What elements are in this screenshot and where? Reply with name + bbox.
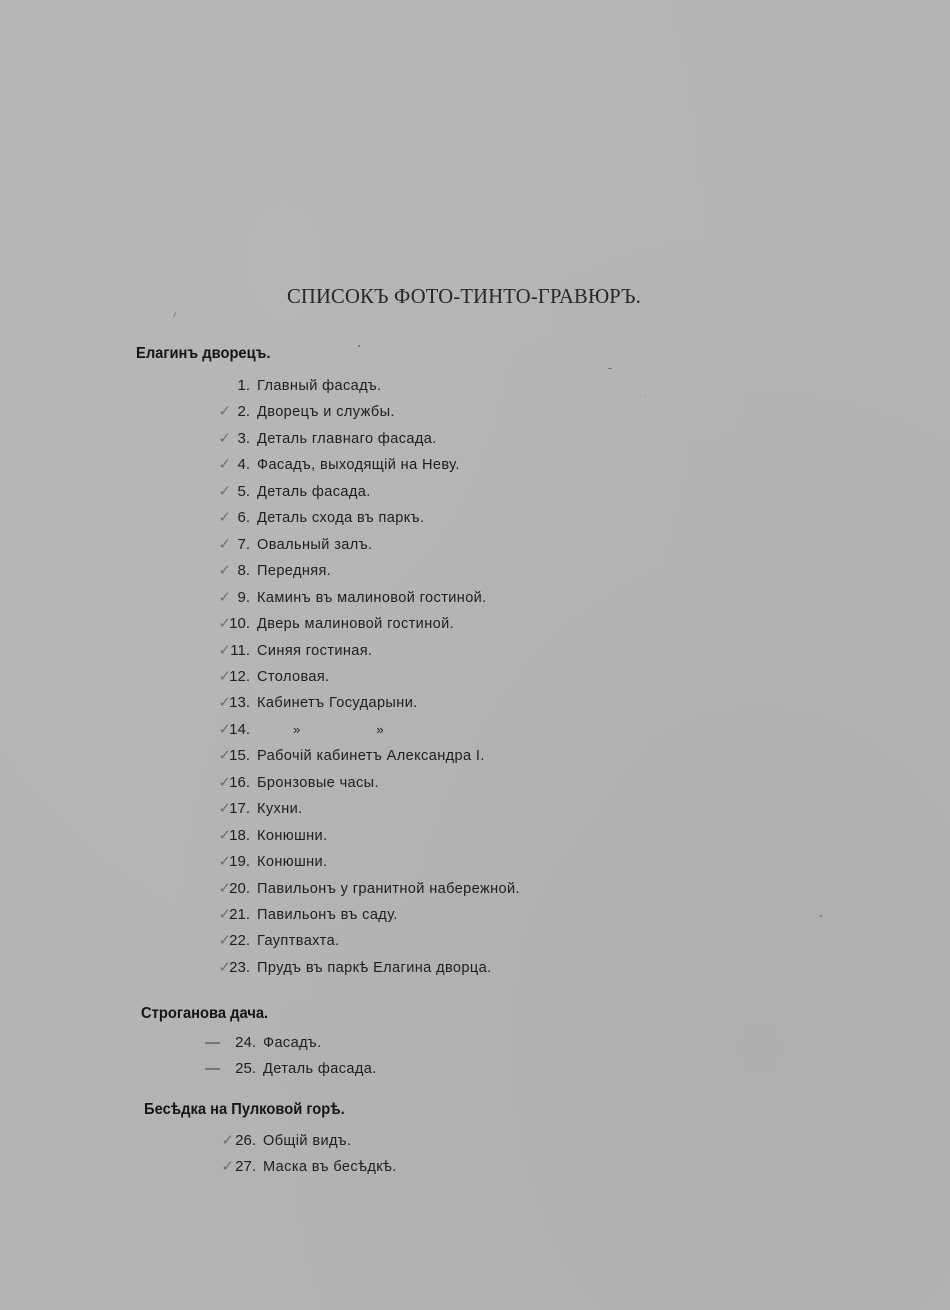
item-number: 17. — [214, 798, 250, 820]
item-number: 3. — [214, 428, 250, 450]
item-title: Кабинетъ Государыни. — [257, 692, 418, 714]
item-number: 7. — [214, 534, 250, 556]
ink-speck — [645, 395, 646, 396]
item-title: Передняя. — [257, 560, 331, 582]
item-title: Деталь схода въ паркъ. — [257, 507, 424, 529]
section-heading-pulkovo-pavilion: Бесѣдка на Пулковой горѣ. — [144, 1101, 345, 1119]
section-heading-elagin-palace: Елагинъ дворецъ. — [136, 345, 270, 363]
item-title: Павильонъ у гранитной набережной. — [257, 878, 520, 900]
item-number: 24. — [220, 1032, 256, 1054]
item-number: 4. — [214, 454, 250, 476]
item-title: Конюшни. — [257, 851, 328, 873]
item-number: 12. — [214, 666, 250, 688]
item-title: Гауптвахта. — [257, 930, 339, 952]
section-heading-stroganov-dacha: Строганова дача. — [141, 1005, 268, 1023]
item-number: 6. — [214, 507, 250, 529]
item-title: Синяя гостиная. — [257, 640, 372, 662]
item-title: Конюшни. — [257, 825, 328, 847]
item-number: 27. — [220, 1156, 256, 1178]
item-title: Маска въ бесѣдкѣ. — [263, 1156, 397, 1178]
item-title: Прудъ въ паркѣ Елагина дворца. — [257, 957, 491, 979]
item-title: Дворецъ и службы. — [257, 401, 395, 423]
item-number: 22. — [214, 930, 250, 952]
item-title: Столовая. — [257, 666, 330, 688]
item-title: Овальный залъ. — [257, 534, 373, 556]
item-number: 20. — [214, 878, 250, 900]
item-title: Деталь фасада. — [257, 481, 371, 503]
item-number: 2. — [214, 401, 250, 423]
item-number: 8. — [214, 560, 250, 582]
item-number: 19. — [214, 851, 250, 873]
item-number: 15. — [214, 745, 250, 767]
item-number: 14. — [214, 719, 250, 741]
item-number: 10. — [214, 613, 250, 635]
item-title: Главный фасадъ. — [257, 375, 382, 397]
ink-speck — [358, 345, 360, 347]
item-number: 5. — [214, 481, 250, 503]
ink-speck — [608, 368, 612, 369]
item-number: 18. — [214, 825, 250, 847]
item-title: Рабочій кабинетъ Александра I. — [257, 745, 485, 767]
page-title: СПИСОКЪ ФОТО-ТИНТО-ГРАВЮРЪ. — [287, 284, 641, 309]
item-title: Деталь главнаго фасада. — [257, 428, 437, 450]
item-number: 9. — [214, 587, 250, 609]
item-title: Деталь фасада. — [263, 1058, 377, 1080]
item-number: 16. — [214, 772, 250, 794]
item-number: 26. — [220, 1130, 256, 1152]
item-title: Дверь малиновой гостиной. — [257, 613, 454, 635]
item-title: Кухни. — [257, 798, 303, 820]
item-title: Бронзовые часы. — [257, 772, 379, 794]
item-title: Общій видъ. — [263, 1130, 351, 1152]
item-title: Фасадъ, выходящій на Неву. — [257, 454, 460, 476]
item-number: 25. — [220, 1058, 256, 1080]
item-number: 23. — [214, 957, 250, 979]
item-number: 13. — [214, 692, 250, 714]
item-number: 11. — [214, 640, 250, 662]
item-title: Каминъ въ малиновой гостиной. — [257, 587, 487, 609]
item-number: 1. — [214, 375, 250, 397]
scanned-page: СПИСОКЪ ФОТО-ТИНТО-ГРАВЮРЪ. Елагинъ двор… — [0, 0, 950, 1310]
ink-speck — [820, 915, 822, 917]
item-number: 21. — [214, 904, 250, 926]
pencil-dash-icon: — — [198, 1058, 220, 1080]
ink-speck — [173, 312, 176, 318]
pencil-dash-icon: — — [198, 1032, 220, 1054]
ditto-marks: » » — [293, 719, 384, 741]
item-title: Павильонъ въ саду. — [257, 904, 398, 926]
item-title: Фасадъ. — [263, 1032, 322, 1054]
